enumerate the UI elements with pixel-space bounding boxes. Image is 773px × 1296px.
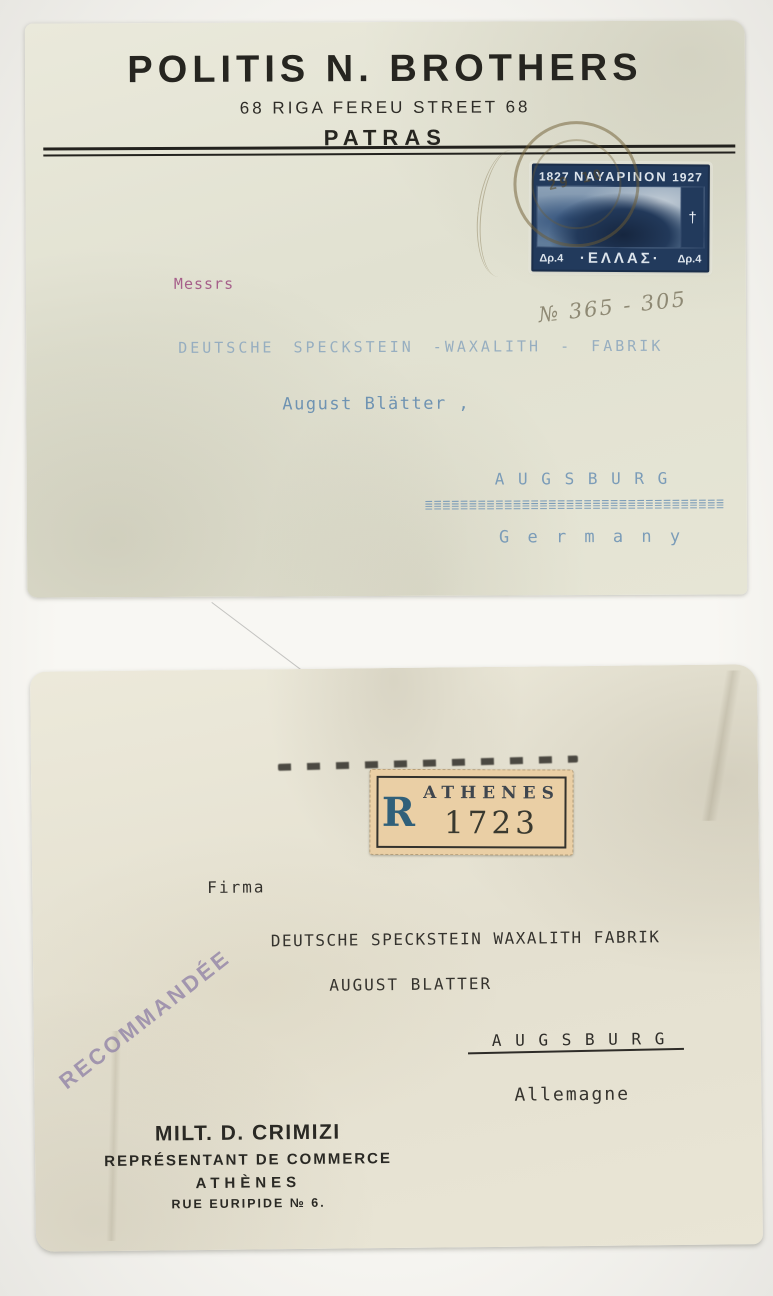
registration-label-text: ATHENES 1723 [418,778,564,847]
sender-city: ATHÈNES [97,1173,399,1193]
pencil-annotation: № 365 - 305 [537,287,688,327]
registration-city: ATHENES [423,783,560,803]
registration-label: R ATHENES 1723 [369,769,573,856]
sender-name: MILT. D. CRIMIZI [97,1120,399,1147]
envelope-top: POLITIS N. BROTHERS 68 RIGA FEREU STREET… [25,20,747,597]
address-line1-top: DEUTSCHE SPECKSTEIN -WAXALITH - FABRIK [178,337,663,357]
recommandee-handstamp: RECOMMANDÉE [54,945,235,1095]
postmark-icon: 29 10 [513,121,640,248]
stamp-value-left: Δρ.4 [539,252,563,264]
registration-number: 1723 [444,805,539,841]
company-name: POLITIS N. BROTHERS [25,46,745,92]
envelope-bottom: R ATHENES 1723 Firma DEUTSCHE SPECKSTEIN… [30,664,763,1252]
paper-crease-right [697,670,745,820]
address-line2-bottom: AUGUST BLATTER [329,974,492,995]
address-city-top: A U G S B U R G [495,469,670,489]
city-underline-row2: ================================== [425,500,725,516]
sender-street: RUE EURIPIDE № 6. [97,1195,399,1212]
sender-imprint-bottom: MILT. D. CRIMIZI REPRÉSENTANT DE COMMERC… [97,1120,400,1212]
sender-imprint-top: POLITIS N. BROTHERS 68 RIGA FEREU STREET… [25,46,745,152]
cross-icon: † [680,187,703,247]
stamp-year-right: 1927 [672,170,703,184]
address-line2-top: August Blätter , [282,394,470,415]
salutation-top: Messrs [174,275,234,293]
address-country-bottom: Allemagne [514,1084,630,1106]
address-line1-bottom: DEUTSCHE SPECKSTEIN WAXALITH FABRIK [271,927,661,950]
sender-title: REPRÉSENTANT DE COMMERCE [97,1150,399,1170]
registration-label-frame: R ATHENES 1723 [376,776,566,849]
address-country-top: G e r m a n y [499,527,684,548]
address-city-bottom: A U G S B U R G [492,1029,667,1050]
company-street: 68 RIGA FEREU STREET 68 [25,96,745,119]
salutation-bottom: Firma [207,877,265,897]
stamp-value-right: Δρ.4 [677,253,701,265]
stamp-country: ·ΕΛΛΑΣ· [580,250,661,267]
stamp-bottom-band: Δρ.4 ·ΕΛΛΑΣ· Δρ.4 [536,249,704,267]
registered-r-mark: R [378,778,418,846]
